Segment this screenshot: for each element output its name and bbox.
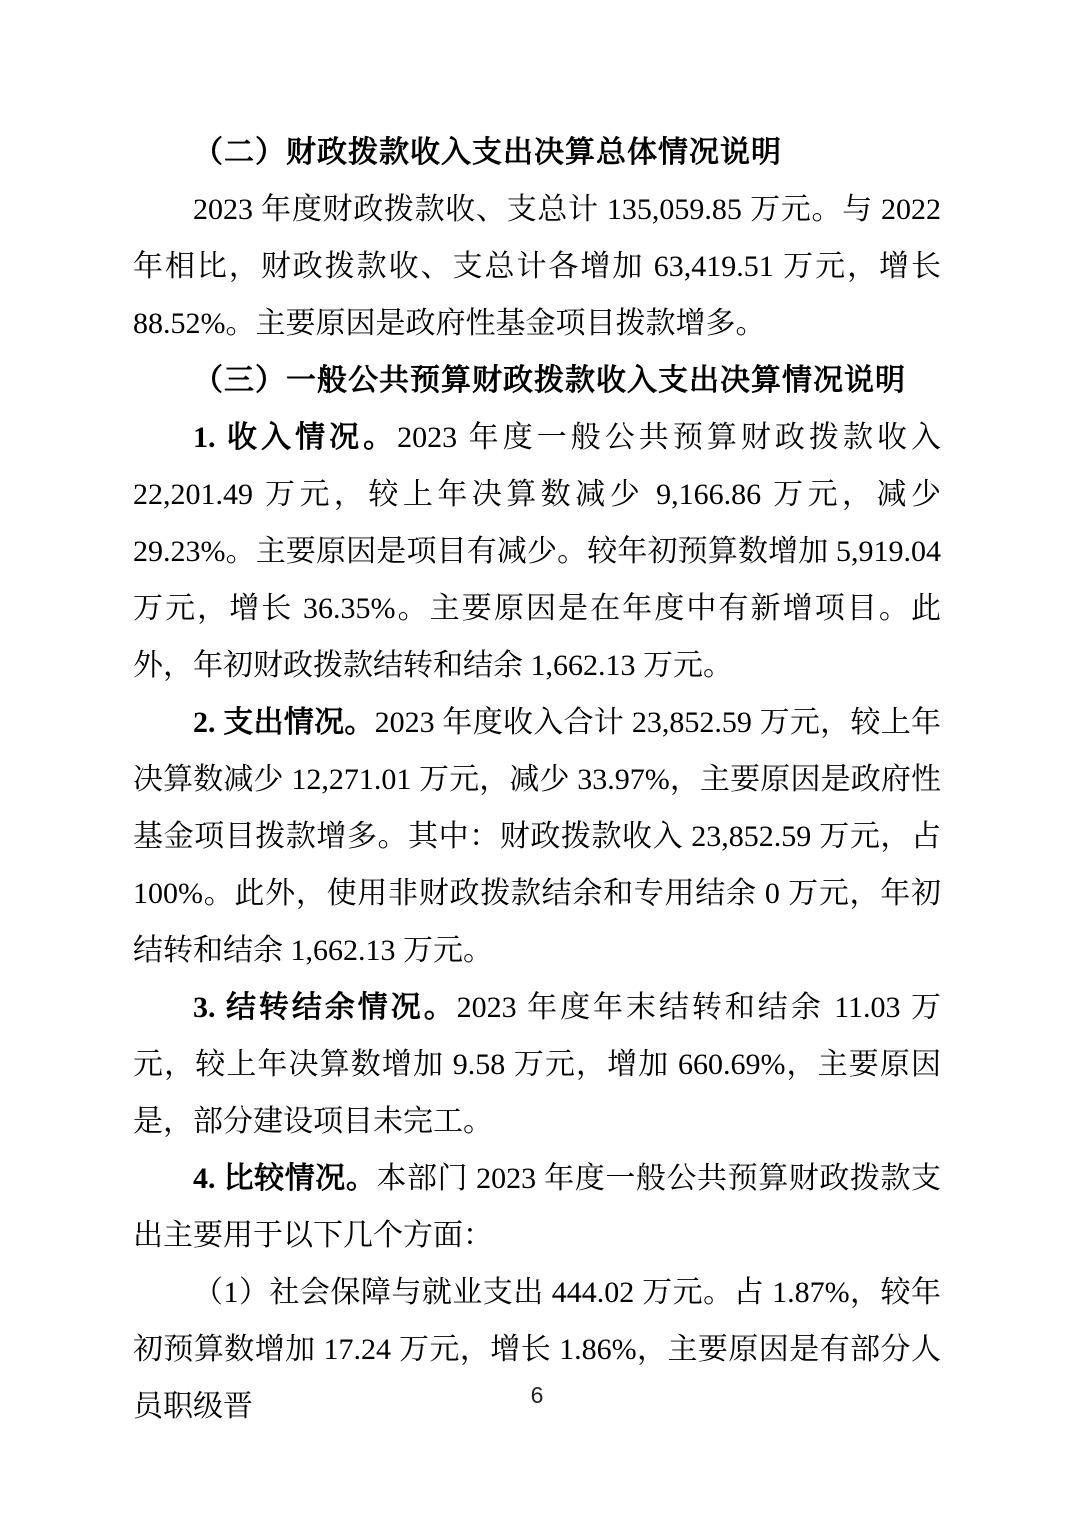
paragraph-lead: 1. 收入情况。: [193, 421, 397, 454]
paragraph: 3. 结转结余情况。2023 年度年末结转和结余 11.03 万元，较上年决算数…: [133, 979, 941, 1150]
paragraph-lead: 4. 比较情况。: [193, 1162, 376, 1195]
paragraph-lead: 2. 支出情况。: [193, 706, 375, 739]
paragraph: 2. 支出情况。2023 年度收入合计 23,852.59 万元，较上年决算数减…: [133, 694, 941, 979]
document-page: （二）财政拨款收入支出决算总体情况说明2023 年度财政拨款收、支总计 135,…: [0, 0, 1074, 1520]
paragraph: 1. 收入情况。2023 年度一般公共预算财政拨款收入 22,201.49 万元…: [133, 409, 941, 694]
page-number: 6: [0, 1380, 1074, 1410]
section-heading: （三）一般公共预算财政拨款收入支出决算情况说明: [133, 352, 941, 409]
section-heading: （二）财政拨款收入支出决算总体情况说明: [133, 124, 941, 181]
document-content: （二）财政拨款收入支出决算总体情况说明2023 年度财政拨款收、支总计 135,…: [133, 124, 941, 1435]
paragraph: 2023 年度财政拨款收、支总计 135,059.85 万元。与 2022 年相…: [133, 181, 941, 352]
paragraph-lead: 3. 结转结余情况。: [193, 991, 457, 1024]
paragraph: 4. 比较情况。本部门 2023 年度一般公共预算财政拨款支出主要用于以下几个方…: [133, 1150, 941, 1264]
